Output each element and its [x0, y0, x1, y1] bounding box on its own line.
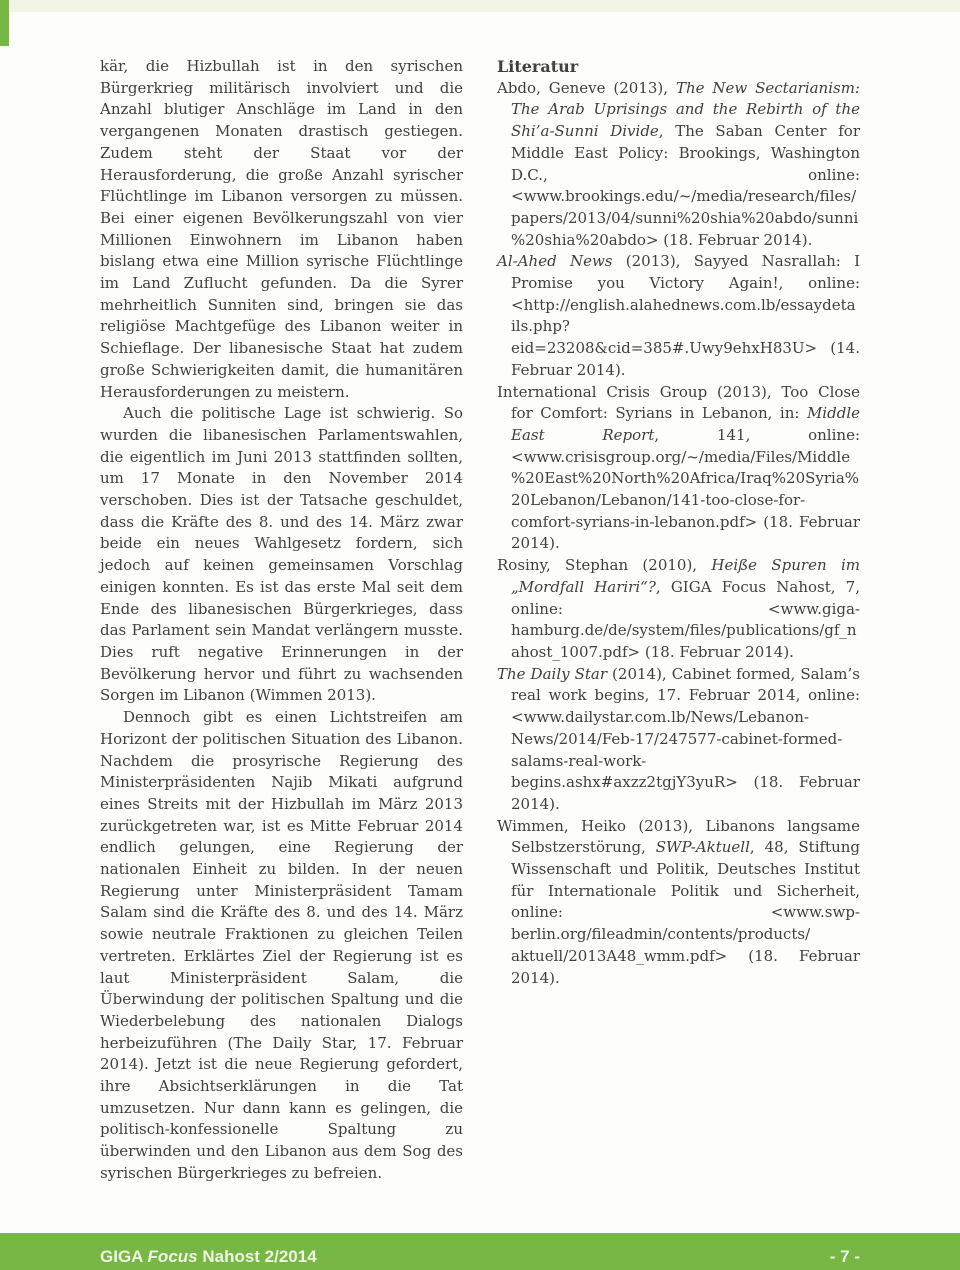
- body-paragraph: Auch die politische Lage ist schwierig. …: [100, 403, 463, 707]
- page-content: kär, die Hizbullah ist in den syrischen …: [100, 56, 860, 1185]
- reference-item: Abdo, Geneve (2013), The New Sectarianis…: [497, 78, 860, 252]
- reference-item: The Daily Star (2014), Cabinet formed, S…: [497, 664, 860, 816]
- body-paragraph: kär, die Hizbullah ist in den syrischen …: [100, 56, 463, 403]
- reference-item: Rosiny, Stephan (2010), Heiße Spuren im …: [497, 555, 860, 664]
- publication-label: GIGA Focus Nahost 2/2014: [100, 1247, 317, 1267]
- reference-item: International Crisis Group (2013), Too C…: [497, 382, 860, 556]
- document-page: { "colors": { "accent_green": "#76b843",…: [0, 0, 960, 1270]
- body-paragraph: Dennoch gibt es einen Lichtstreifen am H…: [100, 707, 463, 1184]
- reference-item: Wimmen, Heiko (2013), Libanons langsame …: [497, 816, 860, 990]
- reference-item: Al-Ahed News (2013), Sayyed Nasrallah: I…: [497, 251, 860, 381]
- top-edge-band: [0, 0, 960, 12]
- corner-accent-bar: [0, 0, 9, 46]
- reference-list: Abdo, Geneve (2013), The New Sectarianis…: [497, 78, 860, 990]
- right-column: Literatur Abdo, Geneve (2013), The New S…: [497, 56, 860, 1185]
- left-column: kär, die Hizbullah ist in den syrischen …: [100, 56, 463, 1185]
- literature-heading: Literatur: [497, 56, 860, 78]
- footer-bar: GIGA Focus Nahost 2/2014 - 7 -: [0, 1233, 960, 1270]
- page-number: - 7 -: [830, 1247, 860, 1267]
